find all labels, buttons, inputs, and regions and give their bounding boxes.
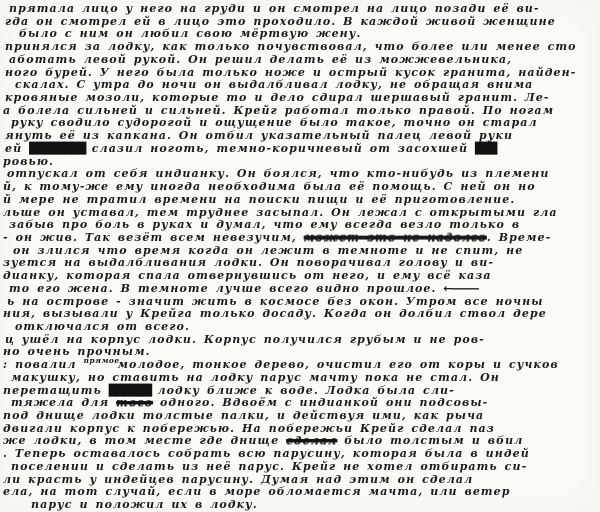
handwritten-text: перетащить bbox=[3, 384, 109, 397]
crossed-out-word: сделал bbox=[286, 434, 337, 447]
redacted-ink-blot: ████████ bbox=[29, 142, 85, 155]
crossed-out-word: того bbox=[116, 396, 153, 409]
handwritten-text: льше он уставал, тем труднее засыпал. Он… bbox=[3, 206, 558, 219]
handwritten-text: отключался от всего. bbox=[15, 320, 190, 333]
handwritten-text: макушку, но ставить на лодку парус мачту… bbox=[11, 371, 500, 384]
handwritten-text: ли красть у индейцев парусину. Думая над… bbox=[3, 473, 473, 486]
handwritten-text: й, к тому-же ему иногда необходима была … bbox=[3, 180, 536, 193]
manuscript-text-block: прятала лицо у него на груди и он смотре… bbox=[3, 3, 600, 512]
handwritten-text: . Теперь оставалось собрать всю парусину… bbox=[3, 447, 530, 460]
handwritten-text: одного. Вдвоём с индианкой они подсовы- bbox=[153, 396, 488, 409]
handwritten-text: - он жив. Так везёт всем невезучим, bbox=[3, 231, 304, 244]
handwritten-text: было толстым и вбил bbox=[337, 434, 523, 447]
handwritten-text: а болела сильней и сильней. Крейг работа… bbox=[3, 104, 554, 117]
handwritten-text: под днище лодки толстые палки, и действу… bbox=[3, 409, 484, 422]
handwritten-text: ровью. bbox=[3, 155, 54, 168]
handwritten-text: то его жена. В темноте лучше всего видно… bbox=[9, 282, 443, 295]
handwritten-text: двигали корпус к побережью. На побережьи… bbox=[3, 422, 495, 435]
inserted-word-above-line: прямое bbox=[84, 356, 120, 365]
handwritten-text: й мере не тратил времени на поиски пищи … bbox=[3, 193, 515, 206]
handwritten-text: зуется на выдалбливания лодки. Он повора… bbox=[3, 256, 494, 269]
manuscript-line: ей ████████ слазил ноготь, темно-коричне… bbox=[5, 143, 600, 156]
handwritten-text: лодку ближе к воде. Лодка была сли- bbox=[151, 384, 455, 397]
handwritten-text: скалах. С утра до ночи он выдалбливал ло… bbox=[15, 78, 533, 91]
handwritten-text: было с ним он любил свою мёртвую жену. bbox=[19, 27, 361, 40]
handwritten-text: ь на острове - значит жить в космосе без… bbox=[7, 295, 544, 308]
left-arrow-mark: ←——— bbox=[443, 282, 477, 295]
handwritten-text: ния, вызывали у Крейга только досаду. Ко… bbox=[3, 307, 547, 320]
handwritten-text: забыв про боль в руках и думал, что ему … bbox=[9, 218, 520, 231]
handwritten-text: парус и положил их в лодку. bbox=[31, 498, 258, 511]
handwritten-text: : повалил bbox=[3, 358, 84, 371]
handwritten-text: . Време- bbox=[487, 231, 551, 244]
handwritten-text: ей bbox=[5, 142, 29, 155]
redacted-ink-blot: ███ bbox=[475, 142, 496, 155]
redacted-ink-blot: ██████ bbox=[109, 384, 151, 397]
handwritten-text: руку сводило судорогой и ощущение было т… bbox=[11, 116, 538, 129]
handwritten-text: ела, на тот случай, если в море обломает… bbox=[3, 485, 511, 498]
manuscript-line: парус и положил их в лодку. bbox=[31, 499, 600, 512]
scribbled-out-text: может это не надолго bbox=[304, 231, 487, 244]
handwritten-text: молодое, тонкое дерево, очистил его от к… bbox=[118, 358, 559, 371]
handwritten-text: он злился что время когда он лежит в тем… bbox=[13, 244, 523, 257]
handwritten-text: дианку, которая спала отвернувшись от не… bbox=[3, 269, 492, 282]
manuscript-page: прятала лицо у него на груди и он смотре… bbox=[0, 0, 600, 512]
handwritten-text: но очень прочным. bbox=[3, 345, 151, 358]
handwritten-text: поселении и сделать из неё парус. Крейг … bbox=[11, 460, 527, 473]
handwritten-text: принялся за лодку, как только почувствов… bbox=[5, 40, 577, 53]
handwritten-text: же лодки, в том месте где днище bbox=[3, 434, 286, 447]
handwritten-text: кровяные мозоли, которые то и дело сдира… bbox=[5, 91, 550, 104]
handwritten-text: гда он смотрел ей в лицо это проходило. … bbox=[5, 15, 556, 28]
handwritten-text: тяжела для bbox=[11, 396, 116, 409]
handwritten-text: слазил ноготь, темно-коричневый от засох… bbox=[85, 142, 475, 155]
handwritten-text: отпускал от себя индианку. Он боялся, чт… bbox=[7, 167, 549, 180]
handwritten-text: прятала лицо у него на груди и он смотре… bbox=[9, 2, 540, 15]
handwritten-text: ц ушёл на корпус лодки. Корпус получился… bbox=[5, 333, 485, 346]
handwritten-text: януть её из капкана. Он отбил указательн… bbox=[5, 129, 513, 142]
handwritten-text: аботать левой рукой. Он решил делать её … bbox=[9, 53, 512, 66]
handwritten-text: ного бурей. У него была только ноже и ос… bbox=[5, 66, 576, 79]
